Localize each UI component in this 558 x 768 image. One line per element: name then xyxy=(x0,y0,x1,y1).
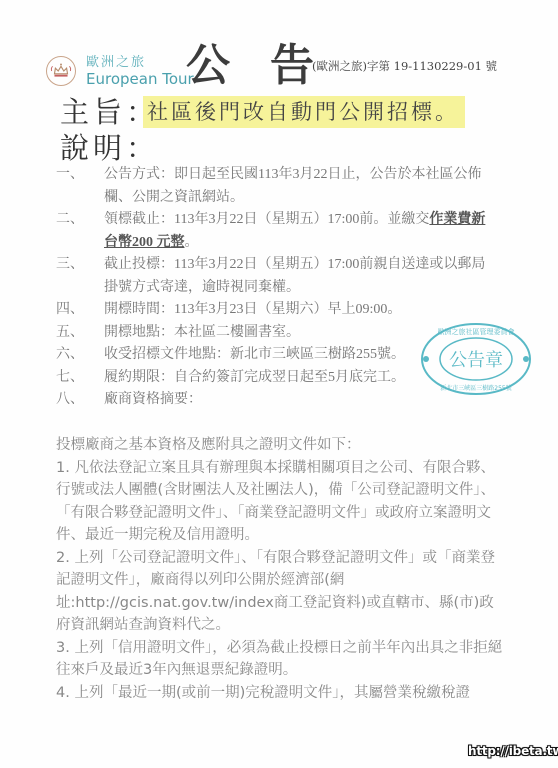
official-seal-stamp: 公告章 歐洲之旅社區管理委員會 新北市三峽區三樹路255號 xyxy=(420,322,532,396)
announcement-page: 歐洲之旅 European Tour 公告 (歐洲之旅)字第 19-113022… xyxy=(0,0,558,768)
brand-name-en: European Tour xyxy=(86,71,194,88)
item-text-end: 。 xyxy=(185,235,199,250)
brand-name: 歐洲之旅 European Tour xyxy=(86,54,194,88)
explanation-label: 說明： xyxy=(60,130,159,166)
item-text: 開標時間：113年3月23日（星期六）早上09:00。 xyxy=(104,299,496,322)
item-number: 八、 xyxy=(56,389,104,412)
svg-text:公告章: 公告章 xyxy=(449,350,503,371)
item-number: 六、 xyxy=(56,344,104,367)
list-item: 四、 開標時間：113年3月23日（星期六）早上09:00。 xyxy=(56,299,496,322)
qualification-point: 3. 上列「信用證明文件」，必須為截止投標日之前半年內出具之非拒絕往來戶及最近3… xyxy=(56,637,506,682)
list-item: 三、 截止投標：113年3月22日（星期五）17:00前親自送達或以郵局掛號方式… xyxy=(56,254,496,299)
qualifications-section: 投標廠商之基本資格及應附具之證明文件如下： 1. 凡依法登記立案且具有辦理與本採… xyxy=(56,434,506,704)
item-text: 截止投標：113年3月22日（星期五）17:00前親自送達或以郵局掛號方式寄達，… xyxy=(104,254,496,299)
qualifications-intro: 投標廠商之基本資格及應附具之證明文件如下： xyxy=(56,434,506,457)
item-text: 公告方式：即日起至民國113年3月22日止，公告於本社區公佈欄、公開之資訊網站。 xyxy=(104,164,496,209)
list-item: 二、 領標截止：113年3月22日（星期五）17:00前。並繳交作業費新台幣20… xyxy=(56,209,496,254)
item-text: 領標截止：113年3月22日（星期五）17:00前。並繳交作業費新台幣200 元… xyxy=(104,209,496,254)
subject-text: 社區後門改自動門公開招標。 xyxy=(143,96,465,128)
watermark: http://ibeta.tw xyxy=(468,744,558,758)
item-number: 一、 xyxy=(56,164,104,209)
brand-name-cn: 歐洲之旅 xyxy=(86,54,194,71)
item-number: 七、 xyxy=(56,367,104,390)
item-number: 五、 xyxy=(56,322,104,345)
crown-logo-icon xyxy=(46,56,76,86)
list-item: 一、 公告方式：即日起至民國113年3月22日止，公告於本社區公佈欄、公開之資訊… xyxy=(56,164,496,209)
qualification-point: 2. 上列「公司登記證明文件」、「有限合夥登記證明文件」或「商業登記證明文件」，… xyxy=(56,547,506,637)
qualification-point: 4. 上列「最近一期(或前一期)完稅證明文件」，其屬營業稅繳稅證 xyxy=(56,682,506,705)
item-number: 三、 xyxy=(56,254,104,299)
document-number: (歐洲之旅)字第 19-1130229-01 號 xyxy=(312,58,497,74)
item-text-main: 領標截止：113年3月22日（星期五）17:00前。並繳交 xyxy=(104,212,429,227)
svg-text:新北市三峽區三樹路255號: 新北市三峽區三樹路255號 xyxy=(440,384,511,392)
svg-text:歐洲之旅社區管理委員會: 歐洲之旅社區管理委員會 xyxy=(438,327,515,336)
item-number: 二、 xyxy=(56,209,104,254)
item-number: 四、 xyxy=(56,299,104,322)
qualification-point: 1. 凡依法登記立案且具有辦理與本採購相關項目之公司、有限合夥、行號或法人團體(… xyxy=(56,457,506,547)
